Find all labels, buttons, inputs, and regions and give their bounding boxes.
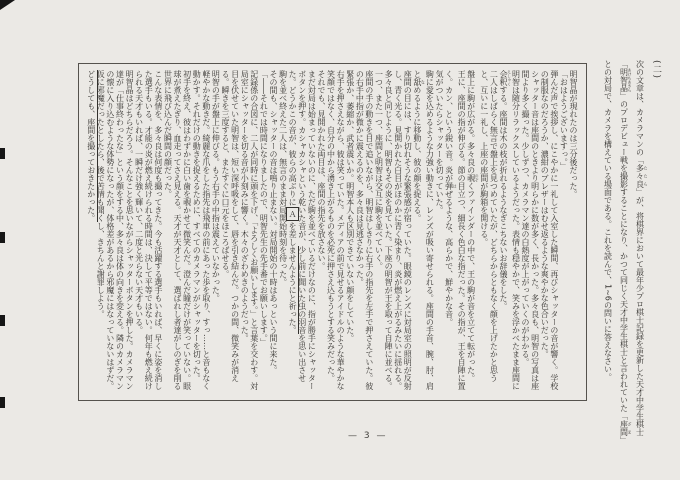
text-segment: ぜるような、高らかで、鮮やかな音。 bbox=[445, 190, 454, 326]
text-segment: 記録係の合図に、二人が同時に頭を下げ、「よろしくお願いします。」と言葉を交わす。… bbox=[240, 70, 259, 390]
passage-paragraph: 弾んだ声で挨拶し、にこやかに一礼して入室した瞬間、再びシャッターの音が響く。学校… bbox=[540, 70, 559, 394]
section-number-label: (二) bbox=[648, 60, 664, 442]
text-segment: 盤上に駒が広がる。多々良の bbox=[467, 70, 476, 174]
text-segment: 多々良と同じように、明智もその炎を見ていた。下座の明智が王を取って自陣に並べる。… bbox=[375, 70, 394, 390]
furigana: あけちあきら bbox=[628, 68, 633, 92]
passage-paragraph: 座間の目には、すり切れそうな緊張感が宿っていた。眼鏡のレンズに対局室の照明が反射… bbox=[393, 70, 412, 394]
passage-paragraph: その間も、シャッターの音は鳴り止まない。対局開始の十時はあっという間に来た。 bbox=[268, 70, 278, 394]
text-segment: シャッター音は座間のときより明らかに数が多く、長かった。多々良も、明智の写真は座… bbox=[521, 70, 540, 390]
text-segment: 二人はしばらく無言で盤上を見つめていたが、どちらからともなく顔を上げたかと思うと… bbox=[480, 70, 499, 382]
text-segment: 明智晶が現れたのは三分後だった。 bbox=[569, 70, 578, 198]
text-segment: めるように移動し、彼の顔を捉える。 bbox=[413, 86, 422, 222]
passage-paragraph: 初手を終え、彼はわずかに白い歯を覗かせて微笑んだ。澄んだ瞳だけが笑っていない。眼… bbox=[163, 70, 192, 394]
passage-paragraph: まだ対局は始まっていないのに、ただ駒を並べているだけなのに、指が勝手にシャッター… bbox=[288, 70, 317, 394]
text-segment: 次の文章は、カメラマンの「 bbox=[636, 60, 645, 164]
ruby-text: 舐な bbox=[413, 78, 422, 86]
text-segment: 弾んだ声で挨拶し、にこやかに一礼して入室した瞬間、再びシャッターの音が響く。学校… bbox=[540, 70, 559, 390]
passage-paragraph: 多々良と同じように、明智もその炎を見ていた。下座の明智が王を取って自陣に並べる。… bbox=[374, 70, 393, 394]
underlined-text: ませんようにと祈った。 bbox=[288, 246, 299, 334]
passage-paragraph: 王に、座間の指が伸びる。節の目立つ、細長く色白な指だった。その指が、王を自陣に置… bbox=[444, 70, 466, 394]
text-segment: 目を伏せていた明智は、短い深呼吸をして、唇を引き結んだ。つかの間、微笑みが消える… bbox=[221, 70, 240, 382]
furigana: えしゃく bbox=[507, 70, 512, 86]
ruby-text: 会釈えしゃく bbox=[499, 70, 508, 86]
text-segment: 初手を終え、彼はわずかに白い歯を覗かせて微笑んだ。澄んだ瞳だけが笑っていない。眼… bbox=[163, 70, 191, 390]
text-segment: 座間の目には、すり切れそうな緊張感が宿っていた。眼鏡のレンズに対局室の照明が反射… bbox=[394, 70, 413, 390]
furigana: は bbox=[453, 182, 458, 190]
text-segment: 」のプロデビュー戦を撮影することになり、かつて同じく天才中学生棋士と言われていた… bbox=[620, 92, 629, 420]
passage-paragraph: 軽やかな動きだ。綺麗な爪をした指先は飛車の前にあった歩を取り、すっ……と音もなく… bbox=[192, 70, 211, 394]
passage-paragraph: 明智晶が現れたのは三分後だった。 bbox=[568, 70, 578, 394]
passage-box: 明智晶が現れたのは三分後だった。「おはようございますっ。」弾んだ声で挨拶し、にこ… bbox=[78, 63, 587, 401]
passage-paragraph: どうしても、座間を撮っておきたかった。 bbox=[86, 70, 96, 394]
furigana: たたら bbox=[644, 164, 649, 188]
blank-box-A: Ａ bbox=[286, 207, 299, 221]
passage-paragraph: 駒を並べ終えた二人は、無言のまま対局開始時刻を待った。 bbox=[278, 70, 288, 394]
text-segment: 駒を並べ終えた二人は、無言のまま対局開始時刻を待った。 bbox=[279, 70, 288, 286]
furigana: な bbox=[421, 78, 426, 86]
scan-edge-mark-3 bbox=[0, 315, 5, 326]
passage-paragraph: 気がついたらシャッターを切っていた。 bbox=[434, 70, 444, 394]
text-segment: 座間の手の動きを目で追いながら、明智はしきりに右手の指先を左手で押さえていた。彼… bbox=[355, 70, 374, 390]
passage-paragraph: 座間の手の動きを目で追いながら、明智はしきりに右手の指先を左手で押さえていた。彼… bbox=[355, 70, 374, 394]
text-segment: 右手を押さえながら、彼は笑っていた。メディアの前で見せるアイドルのような華やかな… bbox=[327, 70, 346, 390]
text-segment: を差し bbox=[288, 222, 297, 246]
passage-paragraph: 二人はしばらく無言で盤上を見つめていたが、どちらからともなく顔を上げたかと思うと… bbox=[479, 70, 498, 394]
scanned-exam-page: (二) 次の文章は、カメラマンの「多々良たたら」が、将棋界において最年少プロ棋士… bbox=[0, 0, 680, 480]
scan-edge-mark-4 bbox=[0, 397, 5, 408]
text-segment: する。座間は木の枝が折れるようなぎこちないお辞儀をした。 bbox=[499, 86, 508, 310]
text-segment: それでも、見開かれた両目は、座間の指先を放さない。 bbox=[317, 70, 326, 270]
page-number: — 3 — bbox=[348, 431, 387, 441]
scan-edge-mark-1 bbox=[0, 148, 5, 159]
furigana: ざま bbox=[628, 420, 633, 436]
question-header: (二) 次の文章は、カメラマンの「多々良たたら」が、将棋界において最年少プロ棋士… bbox=[594, 60, 664, 442]
text-segment: その間も、シャッターの音は鳴り止まない。対局開始の十時はあっという間に来た。 bbox=[269, 70, 278, 374]
passage-paragraph: 目を伏せていた明智は、短い深呼吸をして、唇を引き結んだ。つかの間、微笑みが消える… bbox=[220, 70, 239, 394]
text-segment: 緊張か、萎縮か、武者震いか。明智本人も区別できていない顔をしていた。 bbox=[346, 70, 355, 342]
passage-paragraph: 駒に愛を込めるような力強い動きに、レンズが吸い寄せられる。座間の手首、腕、肘、肩… bbox=[412, 70, 434, 394]
ruby-text: 弾は bbox=[445, 182, 454, 190]
passage-paragraph: 右手を押さえながら、彼は笑っていた。メディアの前で見せるアイドルのような華やかな… bbox=[326, 70, 345, 394]
passage-paragraph: 記録係の合図に、二人が同時に頭を下げ、「よろしくお願いします。」と言葉を交わす。… bbox=[240, 70, 259, 394]
underlined-text: どうしても、座間を撮っておきたかった。 bbox=[87, 70, 98, 222]
text-segment: 「おはようございますっ。」 bbox=[559, 70, 568, 170]
scan-edge-mark-2 bbox=[0, 232, 5, 243]
passage-paragraph: 盤上に駒が広がる。多々良の覗のぞくファインダーの中で、王の駒が音を立てて転がった… bbox=[466, 70, 479, 394]
ruby-text: 座間ざま bbox=[620, 420, 629, 436]
text-segment: こんな表情を、多々良は何度も撮ってきた。今も活躍する選手もいれば、早くに姿を消し… bbox=[135, 70, 163, 390]
passage-paragraph: 明智は随分リラックスしているようだった。表情も穏やかで、笑みを浮かべたまま座間に… bbox=[498, 70, 520, 394]
passage-paragraph: 明智晶はどちらだろう。そんなことを思いながらシャッターボタンを押した。カメラマン… bbox=[96, 70, 134, 394]
passage-paragraph: シャッター音は座間のときより明らかに数が多く、長かった。多々良も、明智の写真は座… bbox=[520, 70, 539, 394]
passage-paragraph: こんな表情を、多々良は何度も撮ってきた。今も活躍する選手もいれば、早くに姿を消し… bbox=[134, 70, 163, 394]
text-segment: 「――それでは時間になりましたので、明智先生の先手番でお願いします。」 bbox=[259, 70, 268, 346]
passage-paragraph: 明智の手が盤上に伸びる。もう右手の中指は震えていなかった。 bbox=[211, 70, 221, 394]
text-segment: 明智晶はどちらだろう。そんなことを思いながらシャッターボタンを押した。カメラマン… bbox=[96, 70, 134, 390]
text-segment: 軽やかな動きだ。綺麗な爪をした指先は飛車の前にあった歩を取り、すっ……と音もなく… bbox=[192, 70, 211, 390]
text-segment: 明智の手が盤上に伸びる。もう右手の中指は震えていなかった。 bbox=[211, 70, 220, 302]
ruby-text: 明智晶あけちあきら bbox=[620, 68, 629, 92]
furigana: のぞ bbox=[475, 174, 480, 182]
passage-paragraph: 「――それでは時間になりましたので、明智先生の先手番でお願いします。」 bbox=[259, 70, 269, 394]
ruby-text: 多々良たたら bbox=[636, 164, 645, 188]
ruby-text: 覗のぞ bbox=[467, 174, 476, 182]
passage-paragraph: 緊張か、萎縮か、武者震いか。明智本人も区別できていない顔をしていた。 bbox=[345, 70, 355, 394]
text-segment: 明智は随分リラックスしているようだった。表情も穏やかで、笑みを浮かべたまま座間に bbox=[511, 70, 520, 390]
header-intro-text: 次の文章は、カメラマンの「多々良たたら」が、将棋界において最年少プロ棋士記録を更… bbox=[600, 60, 649, 442]
text-segment: 気がついたらシャッターを切っていた。 bbox=[435, 70, 444, 214]
scan-corner-mark bbox=[0, 0, 15, 10]
passage-paragraph: それでも、見開かれた両目は、座間の指先を放さない。 bbox=[316, 70, 326, 394]
passage-paragraph: 「おはようございますっ。」 bbox=[559, 70, 569, 394]
text-segment: くファインダーの中で、王の駒が音を立てて転がった。 bbox=[467, 182, 476, 382]
